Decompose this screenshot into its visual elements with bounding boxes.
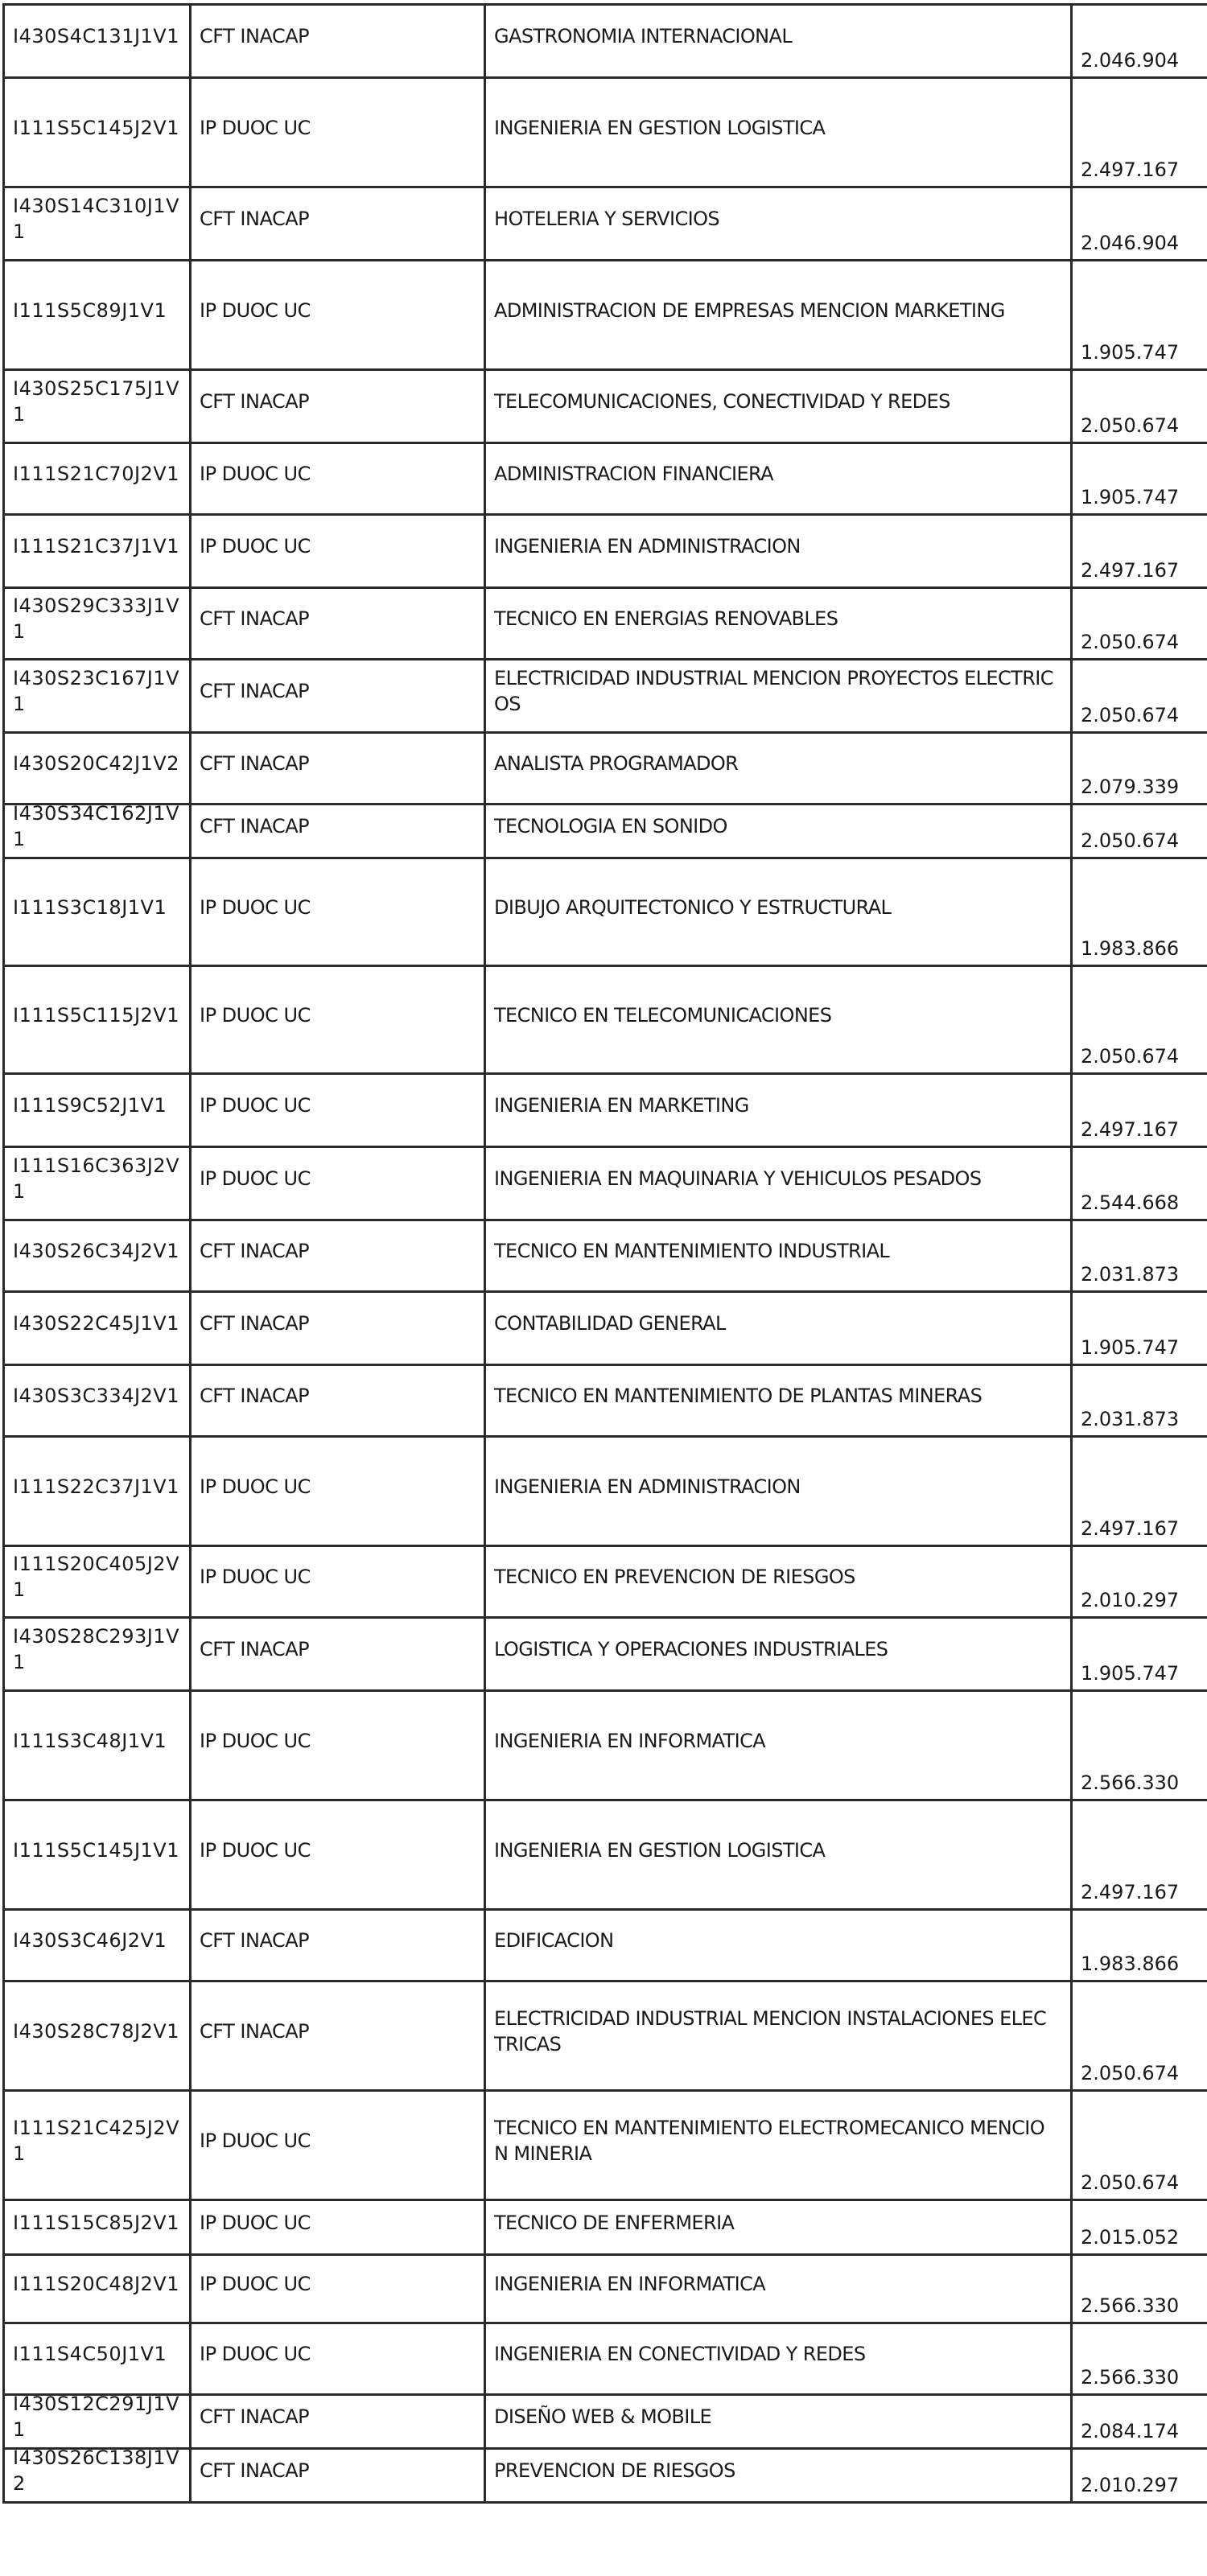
program-name-text: GASTRONOMIA INTERNACIONAL [494, 23, 1054, 49]
program-code-text: I111S21C425J2V1 [13, 2115, 186, 2167]
program-name-cell: INGENIERIA EN GESTION LOGISTICA [485, 1800, 1072, 1910]
amount-cell: 2.050.674 [1072, 588, 1207, 660]
institution-cell: CFT INACAP [191, 1220, 485, 1292]
institution-text: IP DUOC UC [200, 298, 476, 323]
amount-cell: 2.015.052 [1072, 2200, 1207, 2255]
table-row: I111S21C425J2V1IP DUOC UCTECNICO EN MANT… [4, 2091, 1207, 2200]
table-row: I430S12C291J1V1CFT INACAPDISEÑO WEB & MO… [4, 2395, 1207, 2449]
amount-text: 2.050.674 [1081, 2062, 1179, 2084]
program-code-cell: I111S5C145J2V1 [4, 78, 191, 187]
table-row: I111S5C115J2V1IP DUOC UCTECNICO EN TELEC… [4, 966, 1207, 1074]
program-code-text: I111S5C89J1V1 [13, 298, 186, 323]
program-code-cell: I111S22C37J1V1 [4, 1437, 191, 1546]
program-name-cell: PREVENCION DE RIESGOS [485, 2449, 1072, 2503]
amount-text: 2.566.330 [1081, 2366, 1179, 2389]
program-code-cell: I111S21C425J2V1 [4, 2091, 191, 2200]
institution-cell: IP DUOC UC [191, 1147, 485, 1220]
institution-cell: IP DUOC UC [191, 2200, 485, 2255]
table-row: I111S5C145J1V1IP DUOC UCINGENIERIA EN GE… [4, 1800, 1207, 1910]
program-code-cell: I430S22C45J1V1 [4, 1292, 191, 1365]
program-code-cell: I430S25C175J1V1 [4, 370, 191, 443]
program-code-cell: I111S4C50J1V1 [4, 2323, 191, 2395]
program-code-cell: I430S12C291J1V1 [4, 2395, 191, 2449]
program-name-text: TECNICO EN MANTENIMIENTO ELECTROMECANICO… [494, 2115, 1054, 2167]
amount-text: 2.497.167 [1081, 559, 1179, 582]
amount-text: 2.497.167 [1081, 158, 1179, 181]
institution-cell: CFT INACAP [191, 733, 485, 804]
institution-cell: IP DUOC UC [191, 1546, 485, 1618]
amount-text: 2.046.904 [1081, 232, 1179, 254]
program-code-text: I430S20C42J1V2 [13, 751, 186, 776]
amount-text: 1.905.747 [1081, 486, 1179, 508]
table-row: I111S9C52J1V1IP DUOC UCINGENIERIA EN MAR… [4, 1074, 1207, 1147]
amount-cell: 2.050.674 [1072, 660, 1207, 733]
institution-text: IP DUOC UC [200, 1564, 476, 1590]
institution-text: CFT INACAP [200, 606, 476, 632]
institution-cell: IP DUOC UC [191, 2255, 485, 2323]
program-code-cell: I430S4C131J1V1 [4, 5, 191, 78]
table-row: I430S3C46J2V1CFT INACAPEDIFICACION1.983.… [4, 1910, 1207, 1981]
program-name-cell: INGENIERIA EN MAQUINARIA Y VEHICULOS PES… [485, 1147, 1072, 1220]
program-code-cell: I430S26C138J1V2 [4, 2449, 191, 2503]
program-code-text: I111S20C405J2V1 [13, 1551, 186, 1603]
program-code-cell: I111S5C89J1V1 [4, 261, 191, 370]
amount-text: 2.010.297 [1081, 2474, 1179, 2496]
program-code-cell: I111S5C145J1V1 [4, 1800, 191, 1910]
table-row: I111S21C37J1V1IP DUOC UCINGENIERIA EN AD… [4, 515, 1207, 588]
program-code-cell: I430S34C162J1V1 [4, 804, 191, 858]
amount-cell: 2.031.873 [1072, 1365, 1207, 1437]
amount-text: 1.905.747 [1081, 1336, 1179, 1359]
program-name-cell: TECNICO EN PREVENCION DE RIESGOS [485, 1546, 1072, 1618]
institution-cell: IP DUOC UC [191, 1074, 485, 1147]
program-code-cell: I430S29C333J1V1 [4, 588, 191, 660]
program-code-cell: I430S28C78J2V1 [4, 1981, 191, 2091]
program-name-text: TECNICO EN TELECOMUNICACIONES [494, 1002, 1054, 1028]
institution-text: CFT INACAP [200, 2458, 476, 2483]
program-name-text: ANALISTA PROGRAMADOR [494, 751, 1054, 776]
program-name-cell: HOTELERIA Y SERVICIOS [485, 187, 1072, 261]
amount-text: 2.050.674 [1081, 631, 1179, 653]
amount-cell: 1.905.747 [1072, 1292, 1207, 1365]
table-row: I111S20C405J2V1IP DUOC UCTECNICO EN PREV… [4, 1546, 1207, 1618]
program-name-cell: ELECTRICIDAD INDUSTRIAL MENCION PROYECTO… [485, 660, 1072, 733]
institution-text: CFT INACAP [200, 1311, 476, 1336]
program-name-text: HOTELERIA Y SERVICIOS [494, 206, 1054, 232]
amount-text: 1.905.747 [1081, 1662, 1179, 1685]
program-code-text: I430S22C45J1V1 [13, 1311, 186, 1336]
program-name-cell: INGENIERIA EN INFORMATICA [485, 1691, 1072, 1800]
program-name-text: INGENIERIA EN MAQUINARIA Y VEHICULOS PES… [494, 1166, 1054, 1191]
program-code-cell: I111S21C70J2V1 [4, 443, 191, 515]
program-code-cell: I430S14C310J1V1 [4, 187, 191, 261]
program-name-cell: INGENIERIA EN INFORMATICA [485, 2255, 1072, 2323]
institution-cell: IP DUOC UC [191, 2091, 485, 2200]
amount-cell: 1.905.747 [1072, 443, 1207, 515]
institution-text: CFT INACAP [200, 23, 476, 49]
amount-text: 2.544.668 [1081, 1191, 1179, 1214]
table-row: I430S20C42J1V2CFT INACAPANALISTA PROGRAM… [4, 733, 1207, 804]
program-code-cell: I111S15C85J2V1 [4, 2200, 191, 2255]
program-name-cell: ANALISTA PROGRAMADOR [485, 733, 1072, 804]
program-name-text: DIBUJO ARQUITECTONICO Y ESTRUCTURAL [494, 895, 1054, 920]
program-code-cell: I430S28C293J1V1 [4, 1618, 191, 1691]
institution-cell: CFT INACAP [191, 1910, 485, 1981]
amount-cell: 2.566.330 [1072, 1691, 1207, 1800]
institution-text: IP DUOC UC [200, 2271, 476, 2297]
table-row: I430S28C293J1V1CFT INACAPLOGISTICA Y OPE… [4, 1618, 1207, 1691]
institution-text: CFT INACAP [200, 1636, 476, 1662]
table-row: I430S3C334J2V1CFT INACAPTECNICO EN MANTE… [4, 1365, 1207, 1437]
institution-cell: IP DUOC UC [191, 78, 485, 187]
institution-cell: CFT INACAP [191, 1365, 485, 1437]
institution-text: IP DUOC UC [200, 115, 476, 141]
amount-text: 2.031.873 [1081, 1408, 1179, 1430]
table-row: I430S26C138J1V2CFT INACAPPREVENCION DE R… [4, 2449, 1207, 2503]
program-name-cell: ELECTRICIDAD INDUSTRIAL MENCION INSTALAC… [485, 1981, 1072, 2091]
program-name-cell: TECNICO EN MANTENIMIENTO DE PLANTAS MINE… [485, 1365, 1072, 1437]
program-name-text: ELECTRICIDAD INDUSTRIAL MENCION INSTALAC… [494, 2006, 1054, 2057]
program-name-text: INGENIERIA EN CONECTIVIDAD Y REDES [494, 2341, 1054, 2367]
amount-cell: 2.497.167 [1072, 1800, 1207, 1910]
institution-cell: CFT INACAP [191, 588, 485, 660]
amount-text: 2.050.674 [1081, 1045, 1179, 1068]
table-row: I430S28C78J2V1CFT INACAPELECTRICIDAD IND… [4, 1981, 1207, 2091]
program-name-text: ADMINISTRACION FINANCIERA [494, 461, 1054, 487]
program-name-cell: TECNOLOGIA EN SONIDO [485, 804, 1072, 858]
amount-text: 2.497.167 [1081, 1517, 1179, 1540]
amount-cell: 2.566.330 [1072, 2255, 1207, 2323]
program-code-text: I111S5C115J2V1 [13, 1002, 186, 1028]
amount-cell: 2.497.167 [1072, 1074, 1207, 1147]
program-name-cell: INGENIERIA EN CONECTIVIDAD Y REDES [485, 2323, 1072, 2395]
program-name-text: INGENIERIA EN GESTION LOGISTICA [494, 1837, 1054, 1863]
amount-text: 2.010.297 [1081, 1589, 1179, 1611]
program-name-cell: TECNICO EN ENERGIAS RENOVABLES [485, 588, 1072, 660]
amount-cell: 2.010.297 [1072, 2449, 1207, 2503]
program-code-text: I430S4C131J1V1 [13, 23, 186, 49]
program-name-text: INGENIERIA EN ADMINISTRACION [494, 1474, 1054, 1500]
institution-text: IP DUOC UC [200, 1837, 476, 1863]
amount-cell: 1.983.866 [1072, 858, 1207, 966]
table-row: I430S22C45J1V1CFT INACAPCONTABILIDAD GEN… [4, 1292, 1207, 1365]
table-row: I111S22C37J1V1IP DUOC UCINGENIERIA EN AD… [4, 1437, 1207, 1546]
program-code-text: I430S26C34J2V1 [13, 1238, 186, 1264]
table-row: I111S3C48J1V1IP DUOC UCINGENIERIA EN INF… [4, 1691, 1207, 1800]
program-name-cell: DIBUJO ARQUITECTONICO Y ESTRUCTURAL [485, 858, 1072, 966]
program-name-cell: TECNICO DE ENFERMERIA [485, 2200, 1072, 2255]
program-code-cell: I111S9C52J1V1 [4, 1074, 191, 1147]
table-row: I111S16C363J2V1IP DUOC UCINGENIERIA EN M… [4, 1147, 1207, 1220]
program-name-cell: INGENIERIA EN MARKETING [485, 1074, 1072, 1147]
program-code-text: I430S3C334J2V1 [13, 1383, 186, 1409]
table-row: I430S14C310J1V1CFT INACAPHOTELERIA Y SER… [4, 187, 1207, 261]
amount-text: 2.031.873 [1081, 1263, 1179, 1286]
table-row: I111S15C85J2V1IP DUOC UCTECNICO DE ENFER… [4, 2200, 1207, 2255]
amount-text: 2.566.330 [1081, 1772, 1179, 1794]
program-name-text: TECNICO EN MANTENIMIENTO INDUSTRIAL [494, 1238, 1054, 1264]
institution-text: CFT INACAP [200, 678, 476, 704]
program-name-cell: LOGISTICA Y OPERACIONES INDUSTRIALES [485, 1618, 1072, 1691]
amount-cell: 2.010.297 [1072, 1546, 1207, 1618]
program-name-cell: TELECOMUNICACIONES, CONECTIVIDAD Y REDES [485, 370, 1072, 443]
amount-cell: 2.544.668 [1072, 1147, 1207, 1220]
program-code-text: I430S29C333J1V1 [13, 593, 186, 644]
program-code-text: I111S16C363J2V1 [13, 1153, 186, 1204]
institution-text: IP DUOC UC [200, 2128, 476, 2154]
table-row: I111S5C89J1V1IP DUOC UCADMINISTRACION DE… [4, 261, 1207, 370]
program-name-text: TECNICO EN ENERGIAS RENOVABLES [494, 606, 1054, 632]
program-name-text: INGENIERIA EN GESTION LOGISTICA [494, 115, 1054, 141]
amount-cell: 1.983.866 [1072, 1910, 1207, 1981]
program-code-text: I111S20C48J2V1 [13, 2271, 186, 2297]
program-name-text: ADMINISTRACION DE EMPRESAS MENCION MARKE… [494, 298, 1054, 323]
program-name-text: CONTABILIDAD GENERAL [494, 1311, 1054, 1336]
program-code-text: I430S26C138J1V2 [13, 2449, 186, 2497]
institution-text: CFT INACAP [200, 1928, 476, 1953]
program-code-cell: I111S5C115J2V1 [4, 966, 191, 1074]
table-row: I111S3C18J1V1IP DUOC UCDIBUJO ARQUITECTO… [4, 858, 1207, 966]
program-code-cell: I430S3C46J2V1 [4, 1910, 191, 1981]
program-name-text: ELECTRICIDAD INDUSTRIAL MENCION PROYECTO… [494, 665, 1054, 717]
institution-text: CFT INACAP [200, 389, 476, 414]
institution-cell: CFT INACAP [191, 370, 485, 443]
institution-cell: IP DUOC UC [191, 1437, 485, 1546]
amount-cell: 2.566.330 [1072, 2323, 1207, 2395]
amount-cell: 2.050.674 [1072, 804, 1207, 858]
amount-cell: 2.050.674 [1072, 966, 1207, 1074]
institution-cell: CFT INACAP [191, 5, 485, 78]
institution-cell: CFT INACAP [191, 187, 485, 261]
program-name-cell: GASTRONOMIA INTERNACIONAL [485, 5, 1072, 78]
amount-text: 2.497.167 [1081, 1118, 1179, 1141]
program-code-text: I111S21C37J1V1 [13, 533, 186, 559]
program-code-cell: I111S3C18J1V1 [4, 858, 191, 966]
amount-text: 2.497.167 [1081, 1881, 1179, 1903]
program-code-text: I430S28C78J2V1 [13, 2018, 186, 2044]
table-row: I430S34C162J1V1CFT INACAPTECNOLOGIA EN S… [4, 804, 1207, 858]
amount-text: 2.050.674 [1081, 414, 1179, 437]
institution-text: IP DUOC UC [200, 1166, 476, 1191]
institution-cell: IP DUOC UC [191, 2323, 485, 2395]
table-row: I111S5C145J2V1IP DUOC UCINGENIERIA EN GE… [4, 78, 1207, 187]
institution-cell: IP DUOC UC [191, 515, 485, 588]
institution-text: CFT INACAP [200, 1383, 476, 1409]
program-code-text: I111S5C145J1V1 [13, 1837, 186, 1863]
program-code-text: I111S21C70J2V1 [13, 461, 186, 487]
table-row: I430S25C175J1V1CFT INACAPTELECOMUNICACIO… [4, 370, 1207, 443]
program-name-text: TECNICO EN MANTENIMIENTO DE PLANTAS MINE… [494, 1383, 1054, 1409]
institution-text: IP DUOC UC [200, 2341, 476, 2367]
amount-cell: 2.031.873 [1072, 1220, 1207, 1292]
program-name-text: EDIFICACION [494, 1928, 1054, 1953]
program-name-text: INGENIERIA EN MARKETING [494, 1093, 1054, 1118]
amount-text: 2.015.052 [1081, 2226, 1179, 2249]
program-code-text: I111S3C18J1V1 [13, 895, 186, 920]
program-code-cell: I430S3C334J2V1 [4, 1365, 191, 1437]
career-fees-table: I430S4C131J1V1CFT INACAPGASTRONOMIA INTE… [2, 3, 1207, 2504]
program-code-text: I430S28C293J1V1 [13, 1623, 186, 1675]
institution-text: CFT INACAP [200, 1238, 476, 1264]
program-code-cell: I111S20C48J2V1 [4, 2255, 191, 2323]
amount-text: 2.050.674 [1081, 704, 1179, 726]
program-code-cell: I430S26C34J2V1 [4, 1220, 191, 1292]
program-name-cell: TECNICO EN TELECOMUNICACIONES [485, 966, 1072, 1074]
institution-cell: IP DUOC UC [191, 1800, 485, 1910]
amount-cell: 1.905.747 [1072, 261, 1207, 370]
table-row: I430S29C333J1V1CFT INACAPTECNICO EN ENER… [4, 588, 1207, 660]
amount-text: 2.084.174 [1081, 2420, 1179, 2442]
institution-text: IP DUOC UC [200, 1474, 476, 1500]
program-code-cell: I430S20C42J1V2 [4, 733, 191, 804]
institution-text: IP DUOC UC [200, 1002, 476, 1028]
amount-text: 1.983.866 [1081, 937, 1179, 960]
program-code-text: I430S23C167J1V1 [13, 665, 186, 717]
amount-text: 1.905.747 [1081, 341, 1179, 364]
program-code-text: I111S9C52J1V1 [13, 1093, 186, 1118]
amount-cell: 2.050.674 [1072, 1981, 1207, 2091]
program-name-cell: ADMINISTRACION FINANCIERA [485, 443, 1072, 515]
program-name-text: TELECOMUNICACIONES, CONECTIVIDAD Y REDES [494, 389, 1054, 414]
table-row: I111S4C50J1V1IP DUOC UCINGENIERIA EN CON… [4, 2323, 1207, 2395]
amount-cell: 2.046.904 [1072, 5, 1207, 78]
program-name-cell: ADMINISTRACION DE EMPRESAS MENCION MARKE… [485, 261, 1072, 370]
table-row: I430S26C34J2V1CFT INACAPTECNICO EN MANTE… [4, 1220, 1207, 1292]
amount-text: 2.050.674 [1081, 2171, 1179, 2194]
institution-cell: IP DUOC UC [191, 261, 485, 370]
table-row: I111S21C70J2V1IP DUOC UCADMINISTRACION F… [4, 443, 1207, 515]
program-name-text: INGENIERIA EN INFORMATICA [494, 1728, 1054, 1754]
amount-cell: 2.084.174 [1072, 2395, 1207, 2449]
institution-text: CFT INACAP [200, 751, 476, 776]
institution-cell: CFT INACAP [191, 1618, 485, 1691]
program-name-cell: INGENIERIA EN ADMINISTRACION [485, 515, 1072, 588]
program-code-text: I111S15C85J2V1 [13, 2210, 186, 2236]
amount-cell: 2.497.167 [1072, 515, 1207, 588]
institution-cell: IP DUOC UC [191, 858, 485, 966]
program-name-text: DISEÑO WEB & MOBILE [494, 2404, 1054, 2430]
amount-cell: 2.497.167 [1072, 1437, 1207, 1546]
institution-text: IP DUOC UC [200, 1093, 476, 1118]
amount-cell: 2.050.674 [1072, 370, 1207, 443]
amount-text: 2.079.339 [1081, 776, 1179, 798]
institution-text: CFT INACAP [200, 206, 476, 232]
institution-cell: CFT INACAP [191, 1981, 485, 2091]
institution-cell: CFT INACAP [191, 1292, 485, 1365]
program-name-text: TECNOLOGIA EN SONIDO [494, 813, 1054, 839]
program-code-text: I430S14C310J1V1 [13, 193, 186, 245]
program-code-text: I111S22C37J1V1 [13, 1474, 186, 1500]
amount-cell: 1.905.747 [1072, 1618, 1207, 1691]
table-body: I430S4C131J1V1CFT INACAPGASTRONOMIA INTE… [4, 5, 1207, 2503]
program-code-text: I430S3C46J2V1 [13, 1928, 186, 1953]
program-name-cell: TECNICO EN MANTENIMIENTO ELECTROMECANICO… [485, 2091, 1072, 2200]
institution-cell: CFT INACAP [191, 2395, 485, 2449]
table-row: I111S20C48J2V1IP DUOC UCINGENIERIA EN IN… [4, 2255, 1207, 2323]
program-code-cell: I111S20C405J2V1 [4, 1546, 191, 1618]
institution-cell: IP DUOC UC [191, 1691, 485, 1800]
amount-text: 2.046.904 [1081, 49, 1179, 72]
program-name-cell: INGENIERIA EN GESTION LOGISTICA [485, 78, 1072, 187]
institution-text: CFT INACAP [200, 2404, 476, 2430]
program-name-text: LOGISTICA Y OPERACIONES INDUSTRIALES [494, 1636, 1054, 1662]
table-row: I430S4C131J1V1CFT INACAPGASTRONOMIA INTE… [4, 5, 1207, 78]
institution-text: CFT INACAP [200, 813, 476, 839]
program-name-cell: DISEÑO WEB & MOBILE [485, 2395, 1072, 2449]
institution-text: IP DUOC UC [200, 1728, 476, 1754]
program-code-text: I430S34C162J1V1 [13, 804, 186, 853]
program-name-cell: CONTABILIDAD GENERAL [485, 1292, 1072, 1365]
amount-cell: 2.046.904 [1072, 187, 1207, 261]
table-row: I430S23C167J1V1CFT INACAPELECTRICIDAD IN… [4, 660, 1207, 733]
institution-cell: CFT INACAP [191, 2449, 485, 2503]
amount-text: 2.566.330 [1081, 2294, 1179, 2317]
institution-text: IP DUOC UC [200, 895, 476, 920]
program-name-text: INGENIERIA EN INFORMATICA [494, 2271, 1054, 2297]
institution-text: IP DUOC UC [200, 2210, 476, 2236]
institution-cell: IP DUOC UC [191, 443, 485, 515]
amount-cell: 2.050.674 [1072, 2091, 1207, 2200]
amount-cell: 2.079.339 [1072, 733, 1207, 804]
program-code-cell: I430S23C167J1V1 [4, 660, 191, 733]
institution-cell: IP DUOC UC [191, 966, 485, 1074]
program-name-text: TECNICO EN PREVENCION DE RIESGOS [494, 1564, 1054, 1590]
amount-text: 2.050.674 [1081, 829, 1179, 852]
program-code-text: I430S12C291J1V1 [13, 2395, 186, 2443]
program-name-text: TECNICO DE ENFERMERIA [494, 2210, 1054, 2236]
program-code-cell: I111S21C37J1V1 [4, 515, 191, 588]
program-name-text: INGENIERIA EN ADMINISTRACION [494, 533, 1054, 559]
institution-text: IP DUOC UC [200, 461, 476, 487]
program-name-cell: TECNICO EN MANTENIMIENTO INDUSTRIAL [485, 1220, 1072, 1292]
program-code-text: I111S5C145J2V1 [13, 115, 186, 141]
program-code-cell: I111S3C48J1V1 [4, 1691, 191, 1800]
program-name-text: PREVENCION DE RIESGOS [494, 2458, 1054, 2483]
institution-text: CFT INACAP [200, 2018, 476, 2044]
program-code-text: I430S25C175J1V1 [13, 376, 186, 427]
program-code-text: I111S3C48J1V1 [13, 1728, 186, 1754]
institution-cell: CFT INACAP [191, 660, 485, 733]
institution-cell: CFT INACAP [191, 804, 485, 858]
amount-text: 1.983.866 [1081, 1953, 1179, 1975]
program-code-text: I111S4C50J1V1 [13, 2341, 186, 2367]
program-name-cell: INGENIERIA EN ADMINISTRACION [485, 1437, 1072, 1546]
amount-cell: 2.497.167 [1072, 78, 1207, 187]
institution-text: IP DUOC UC [200, 533, 476, 559]
program-code-cell: I111S16C363J2V1 [4, 1147, 191, 1220]
program-name-cell: EDIFICACION [485, 1910, 1072, 1981]
